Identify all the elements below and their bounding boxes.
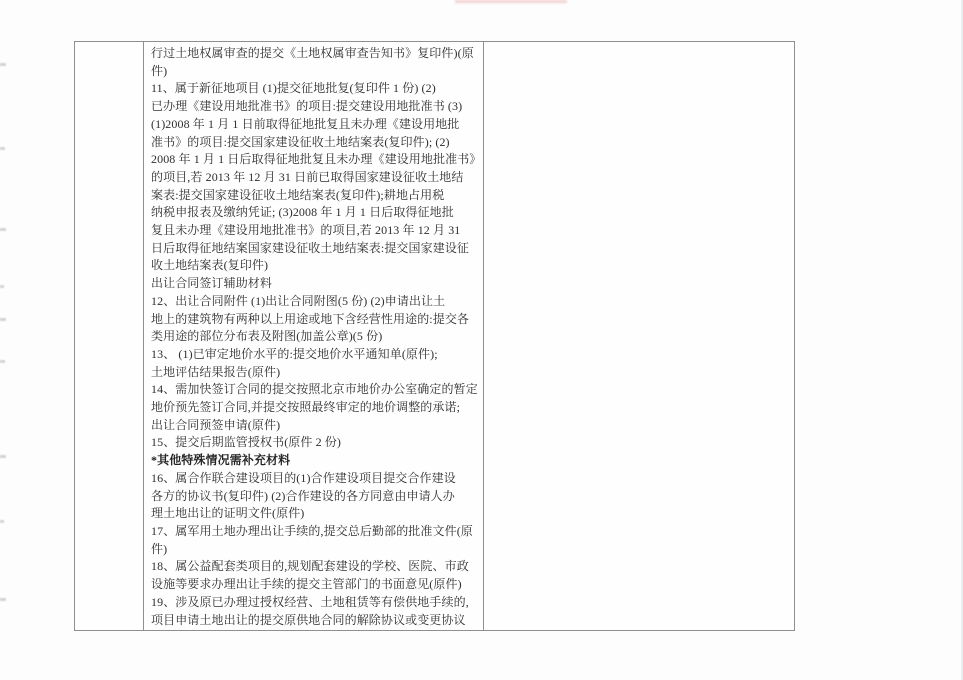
text-line: 2008 年 1 月 1 日后取得征地批复且未办理《建设用地批准书》	[151, 151, 477, 169]
text-line: 行过土地权属审查的提交《土地权属审查告知书》复印件)(原	[151, 45, 477, 63]
text-line: 16、属合作联合建设项目的(1)合作建设项目提交合作建设	[151, 470, 477, 488]
text-line: 案表:提交国家建设征收土地结案表(复印件);耕地占用税	[151, 187, 477, 205]
text-line: 地价预先签订合同,并提交按照最终审定的地价调整的承诺;	[151, 399, 477, 417]
red-stamp-artifact	[455, 0, 567, 3]
text-line: 收土地结案表(复印件)	[151, 257, 477, 275]
text-line: 类用途的部位分布表及附图(加盖公章)(5 份)	[151, 328, 477, 346]
table-column-materials-text: 行过土地权属审查的提交《土地权属审查告知书》复印件)(原件)11、属于新征地项目…	[144, 42, 484, 630]
document-table: 行过土地权属审查的提交《土地权属审查告知书》复印件)(原件)11、属于新征地项目…	[74, 41, 795, 631]
scan-smudge	[0, 228, 6, 231]
text-line: 15、提交后期监管授权书(原件 2 份)	[151, 434, 477, 452]
text-line: 各方的协议书(复印件) (2)合作建设的各方同意由申请人办	[151, 488, 477, 506]
text-line: 理土地出让的证明文件(原件)	[151, 505, 477, 523]
text-line: 件)	[151, 63, 477, 81]
text-line: 日后取得征地结案国家建设征收土地结案表:提交国家建设征	[151, 240, 477, 258]
scan-smudge	[0, 520, 4, 523]
text-line: 17、属军用土地办理出让手续的,提交总后勤部的批准文件(原	[151, 523, 477, 541]
materials-text-block: 行过土地权属审查的提交《土地权属审查告知书》复印件)(原件)11、属于新征地项目…	[151, 45, 477, 629]
text-line: 14、需加快签订合同的提交按照北京市地价办公室确定的暂定	[151, 381, 477, 399]
table-column-right-empty	[484, 42, 794, 630]
text-line: 土地评估结果报告(原件)	[151, 364, 477, 382]
text-line: 19、涉及原已办理过授权经营、土地租赁等有偿供地手续的,	[151, 594, 477, 612]
text-line: 纳税申报表及缴纳凭证; (3)2008 年 1 月 1 日后取得征地批	[151, 204, 477, 222]
text-line: (1)2008 年 1 月 1 日前取得征地批复且未办理《建设用地批	[151, 116, 477, 134]
scan-smudge	[0, 598, 6, 601]
text-line: 项目申请土地出让的提交原供地合同的解除协议或变更协议	[151, 612, 477, 630]
text-line: 已办理《建设用地批准书》的项目:提交建设用地批准书 (3)	[151, 98, 477, 116]
scan-smudge	[0, 285, 4, 288]
text-line: 件)	[151, 541, 477, 559]
text-line: 准书》的项目:提交国家建设征收土地结案表(复印件); (2)	[151, 134, 477, 152]
text-line: 出让合同预签申请(原件)	[151, 417, 477, 435]
scan-smudge	[0, 63, 6, 66]
text-line: 设施等要求办理出让手续的提交主管部门的书面意见(原件)	[151, 576, 477, 594]
text-line: 出让合同签订辅助材料	[151, 275, 477, 293]
text-line: *其他特殊情况需补充材料	[151, 452, 477, 470]
text-line: 13、 (1)已审定地价水平的:提交地价水平通知单(原件);	[151, 346, 477, 364]
scanned-document-page: 行过土地权属审查的提交《土地权属审查告知书》复印件)(原件)11、属于新征地项目…	[0, 0, 963, 680]
text-line: 的项目,若 2013 年 12 月 31 日前已取得国家建设征收土地结	[151, 169, 477, 187]
text-line: 地上的建筑物有两种以上用途或地下含经营性用途的:提交各	[151, 311, 477, 329]
text-line: 11、属于新征地项目 (1)提交征地批复(复印件 1 份) (2)	[151, 80, 477, 98]
scan-smudge	[0, 455, 6, 458]
table-column-left-empty	[75, 42, 144, 630]
scan-smudge	[0, 147, 5, 150]
scan-smudge	[0, 360, 5, 363]
text-line: 复且未办理《建设用地批准书》的项目,若 2013 年 12 月 31	[151, 222, 477, 240]
scan-smudge	[0, 318, 6, 321]
text-line: 12、出让合同附件 (1)出让合同附图(5 份) (2)申请出让土	[151, 293, 477, 311]
text-line: 18、属公益配套类项目的,规划配套建设的学校、医院、市政	[151, 558, 477, 576]
